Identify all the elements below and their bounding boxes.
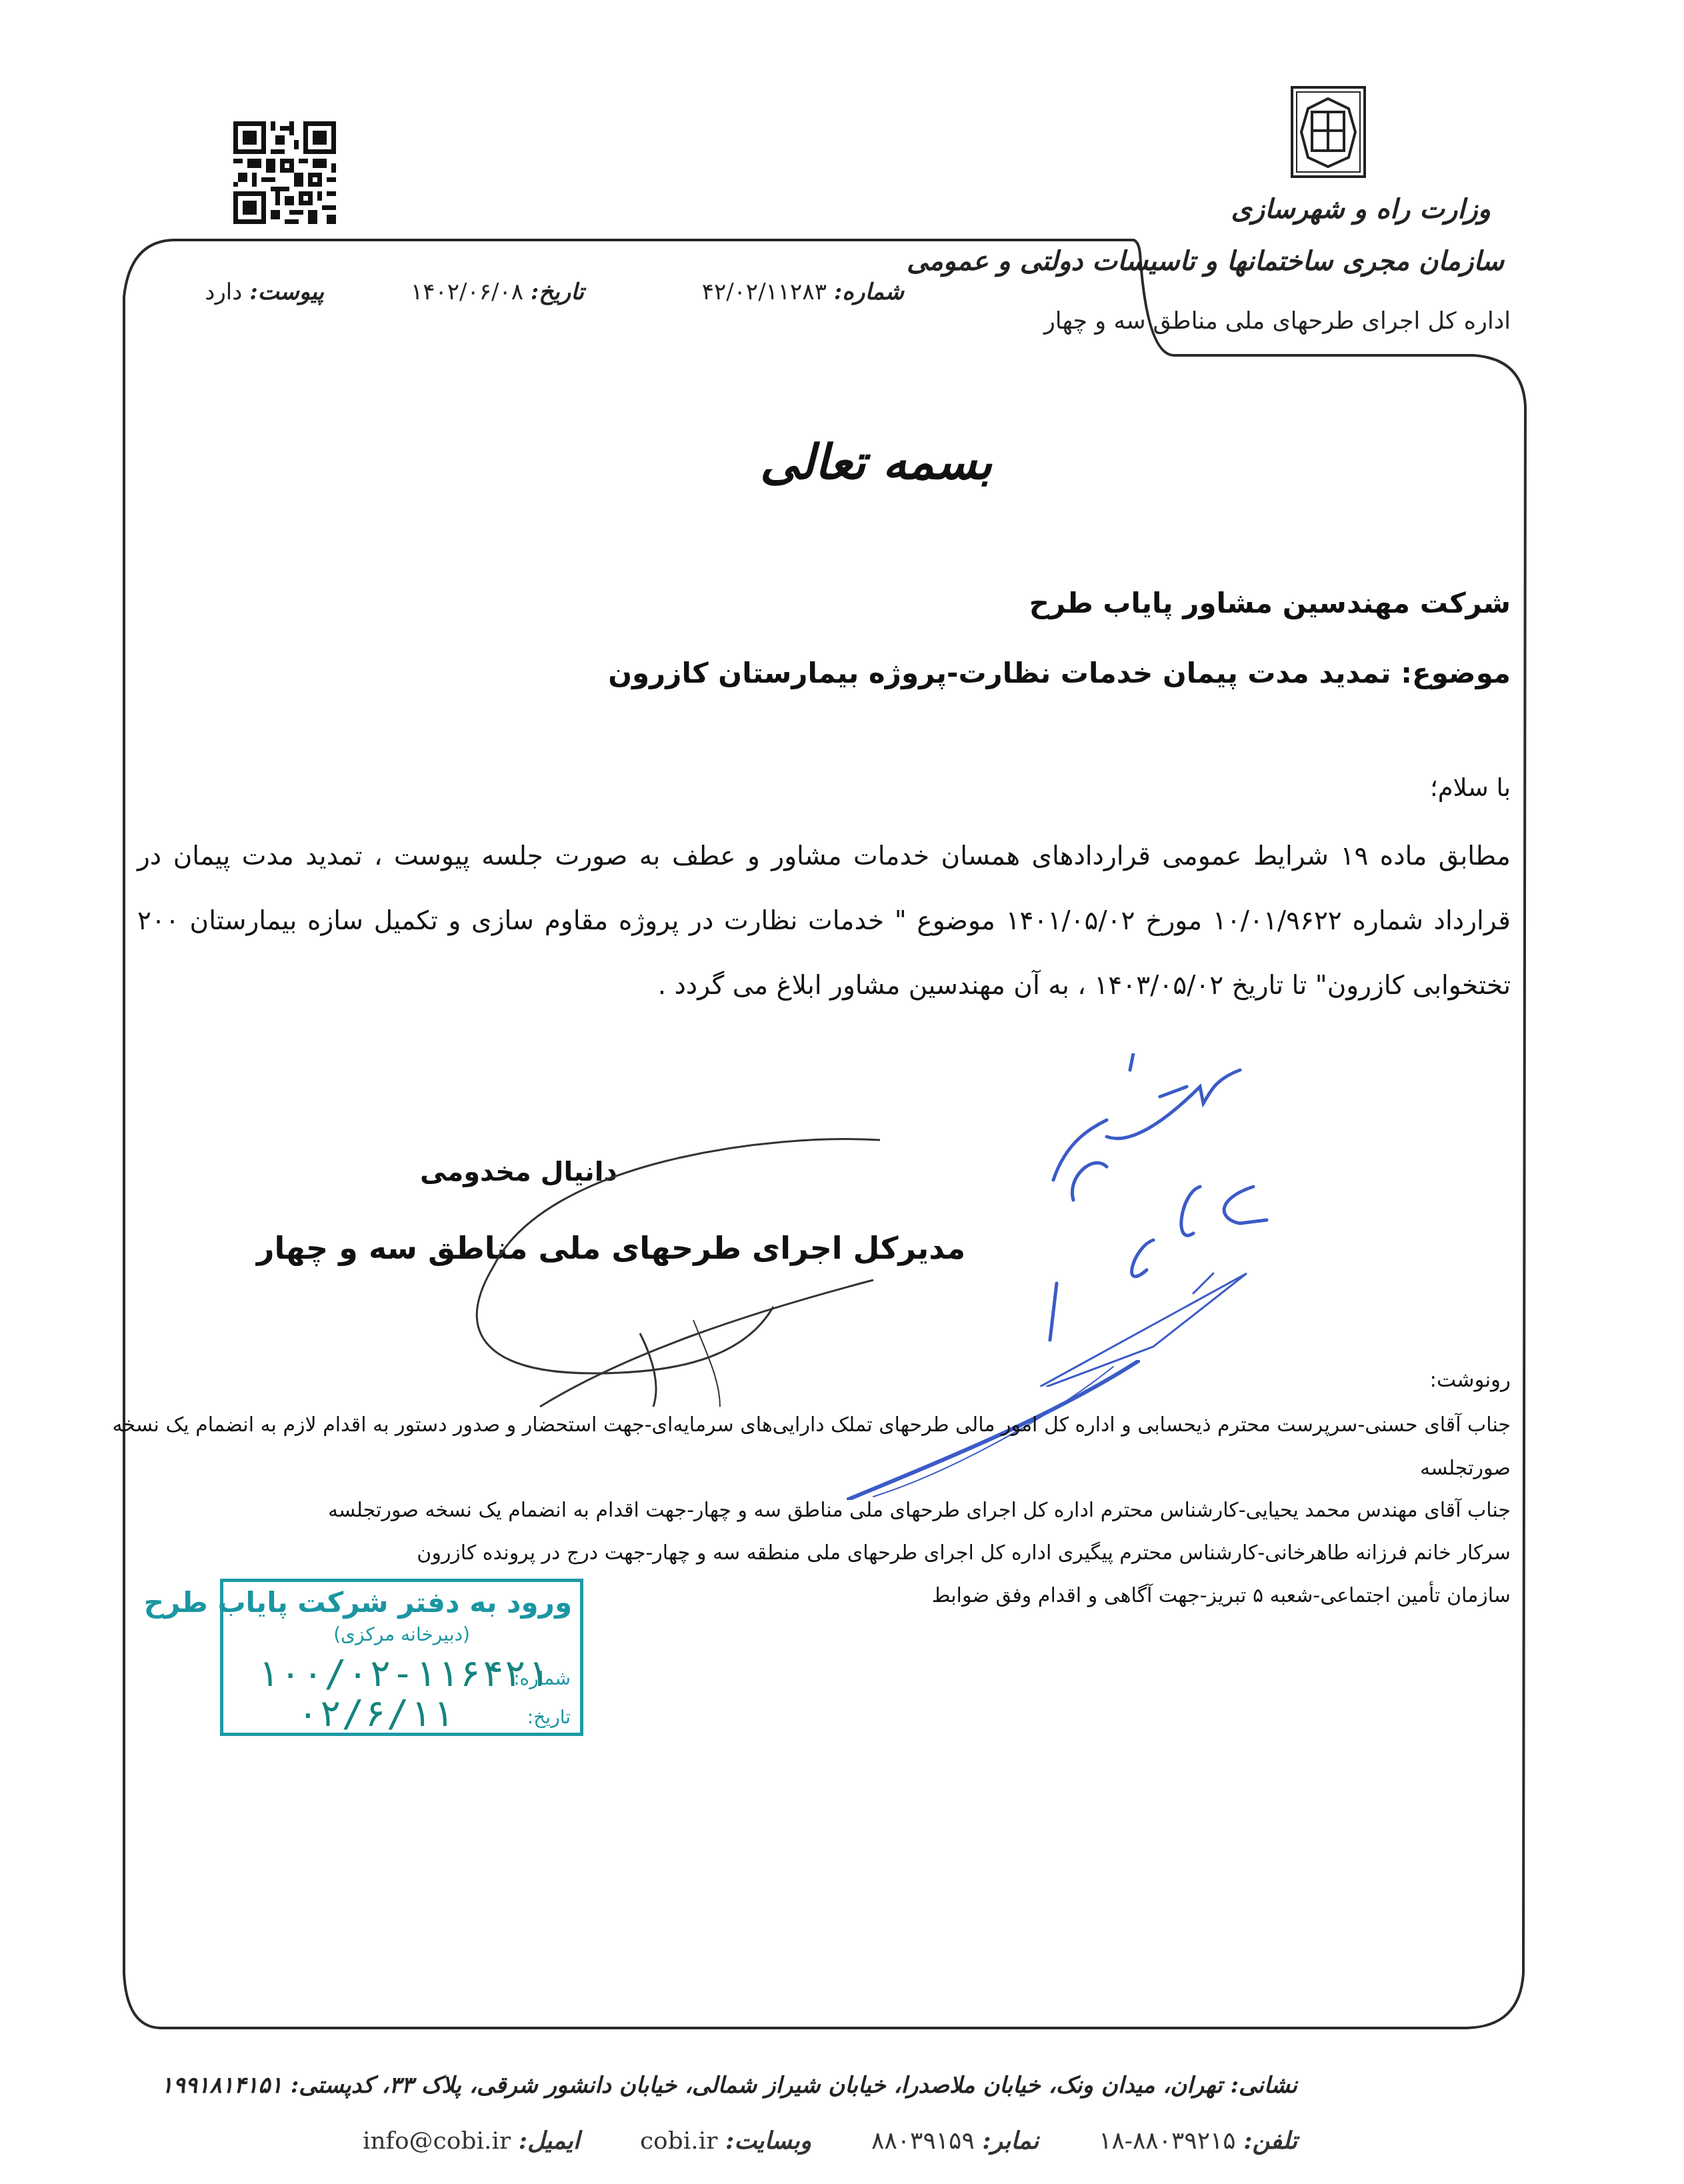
letter-number-value: ۴۲/۰۲/۱۱۲۸۳ bbox=[702, 279, 827, 305]
handwritten-annotation-icon bbox=[1040, 1053, 1373, 1387]
stamp-date-value: ۰۲/۶/۱۱ bbox=[297, 1692, 454, 1735]
department-name: اداره کل اجرای طرحهای ملی مناطق سه و چها… bbox=[1044, 308, 1511, 335]
ministry-emblem-icon bbox=[1290, 85, 1367, 179]
letter-body: مطابق ماده ۱۹ شرایط عمومی قراردادهای همس… bbox=[137, 824, 1511, 1018]
greeting: با سلام؛ bbox=[1430, 773, 1511, 802]
phone-value: ۸۸۰۳۹۲۱۵-۱۸ bbox=[1099, 2127, 1236, 2155]
email-link[interactable]: info@cobi.ir bbox=[363, 2127, 511, 2155]
subject-label: موضوع: bbox=[1401, 657, 1511, 689]
email-label: ایمیل: bbox=[519, 2127, 580, 2155]
recipient: شرکت مهندسین مشاور پایاب طرح bbox=[1029, 587, 1511, 619]
email: ایمیل: info@cobi.ir bbox=[363, 2127, 580, 2155]
letter-date-label: تاریخ: bbox=[531, 279, 584, 305]
cc-line: جناب آقای حسنی-سرپرست محترم ذیحسابی و اد… bbox=[112, 1413, 1511, 1437]
letter-date-value: ۱۴۰۲/۰۶/۰۸ bbox=[411, 279, 523, 305]
invocation: بسمه تعالی bbox=[760, 433, 992, 490]
website-label: وبسایت: bbox=[725, 2127, 811, 2155]
cc-title: رونوشت: bbox=[1430, 1368, 1511, 1392]
cc-line: سازمان تأمین اجتماعی-شعبه ۵ تبریز-جهت آگ… bbox=[932, 1584, 1511, 1607]
signature-scribble-icon bbox=[373, 1133, 880, 1413]
website: وبسایت: cobi.ir bbox=[640, 2127, 811, 2155]
footer-address: نشانی: تهران، میدان ونک، خیابان ملاصدرا،… bbox=[161, 2072, 1297, 2099]
letter-number-label: شماره: bbox=[834, 279, 904, 305]
subject-line: موضوع: تمدید مدت پیمان خدمات نظارت-پروژه… bbox=[608, 657, 1511, 689]
fax: نمابر: ۸۸۰۳۹۱۵۹ bbox=[871, 2127, 1039, 2155]
cc-line: جناب آقای مهندس محمد یحیایی-کارشناس محتر… bbox=[328, 1499, 1511, 1522]
stamp-title: ورود به دفتر شرکت پایاب طرح bbox=[144, 1586, 572, 1619]
letter-attachment: پیوست: دارد bbox=[205, 279, 324, 319]
fax-value: ۸۸۰۳۹۱۵۹ bbox=[871, 2127, 975, 2155]
fax-label: نمابر: bbox=[982, 2127, 1039, 2155]
letter-number: شماره: ۴۲/۰۲/۱۱۲۸۳ bbox=[702, 279, 904, 319]
website-link[interactable]: cobi.ir bbox=[640, 2127, 718, 2155]
ministry-name: وزارت راه و شهرسازی bbox=[1231, 193, 1491, 225]
organization-name: سازمان مجری ساختمانها و تاسیسات دولتی و … bbox=[907, 245, 1504, 277]
stamp-number-value: ۱۰۰/۰۲-۱۱۶۴۲۱ bbox=[257, 1652, 549, 1695]
stamp-subtitle: (دبیرخانه مرکزی) bbox=[223, 1623, 580, 1645]
footer-contact: تلفن: ۸۸۰۳۹۲۱۵-۱۸ نمابر: ۸۸۰۳۹۱۵۹ وبسایت… bbox=[363, 2127, 1297, 2155]
qr-code-icon bbox=[233, 120, 336, 225]
attachment-value: دارد bbox=[205, 279, 242, 305]
subject-text: تمدید مدت پیمان خدمات نظارت-پروژه بیمارس… bbox=[608, 657, 1391, 689]
address-value: تهران، میدان ونک، خیابان ملاصدرا، خیابان… bbox=[161, 2072, 1222, 2099]
received-stamp: ورود به دفتر شرکت پایاب طرح (دبیرخانه مر… bbox=[220, 1579, 583, 1736]
attachment-label: پیوست: bbox=[249, 279, 324, 305]
phone-label: تلفن: bbox=[1243, 2127, 1297, 2155]
address-label: نشانی: bbox=[1230, 2072, 1297, 2099]
phone: تلفن: ۸۸۰۳۹۲۱۵-۱۸ bbox=[1099, 2127, 1297, 2155]
cc-line: سرکار خانم فرزانه طاهرخانی-کارشناس محترم… bbox=[417, 1541, 1511, 1565]
letter-date: تاریخ: ۱۴۰۲/۰۶/۰۸ bbox=[411, 279, 584, 319]
cc-line: صورتجلسه bbox=[1420, 1457, 1511, 1480]
stamp-date-label: تاریخ: bbox=[527, 1706, 571, 1728]
